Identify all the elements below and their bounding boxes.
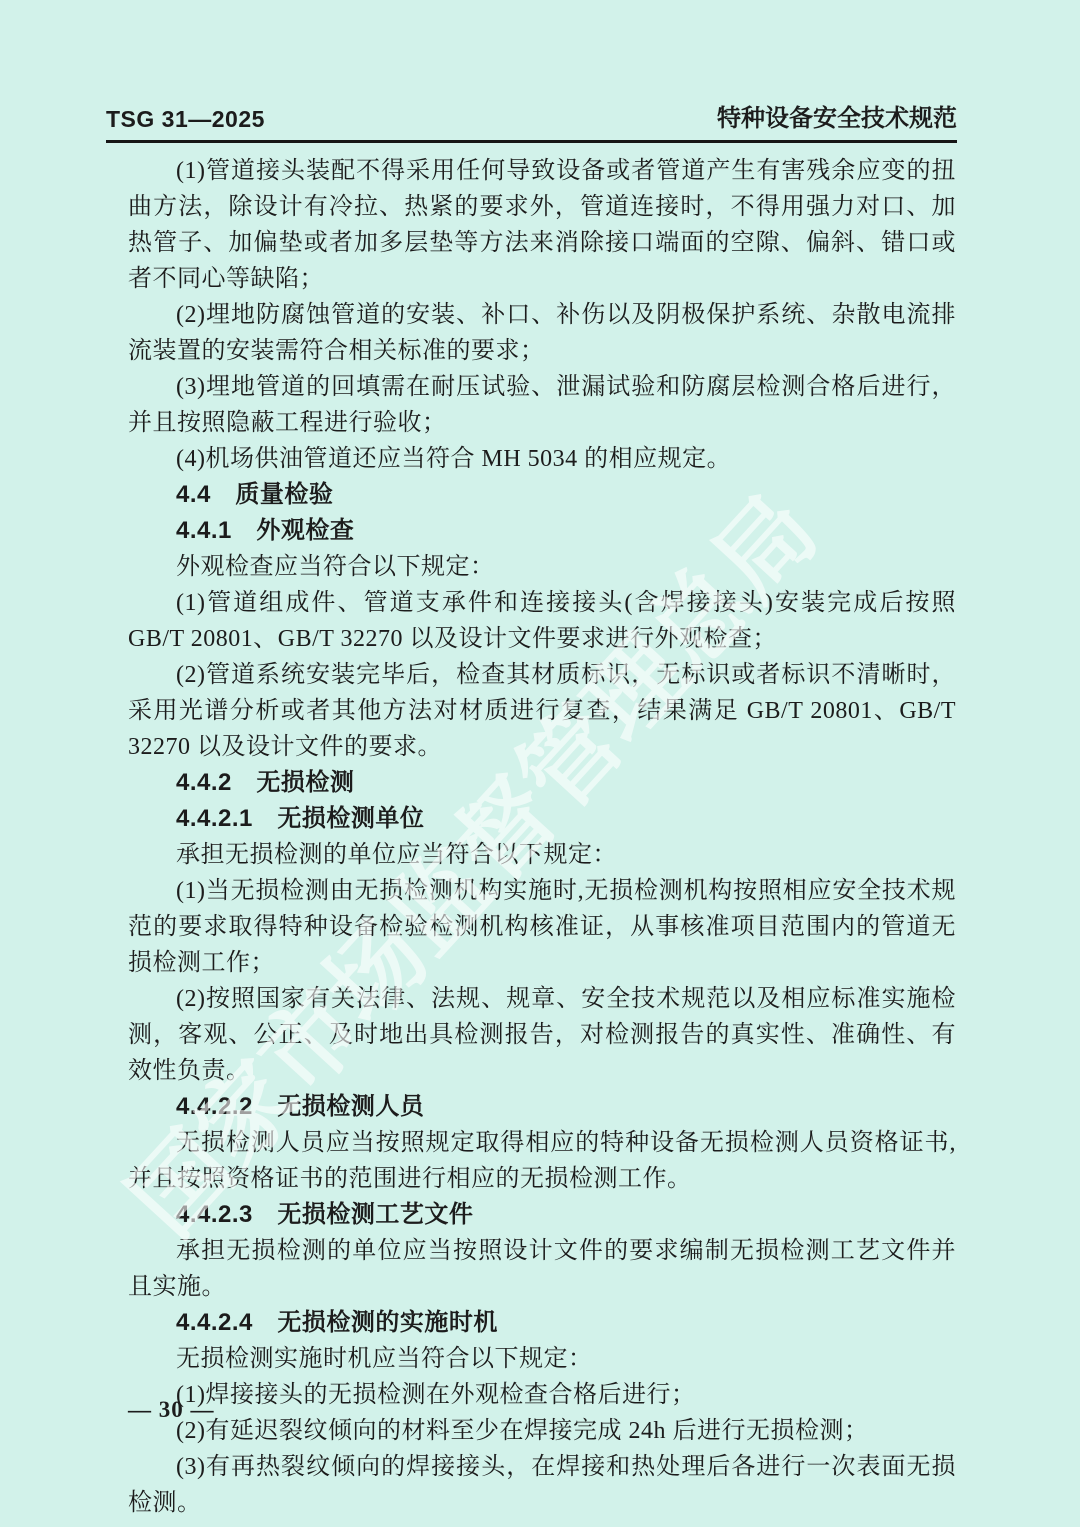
body-paragraph: (4)机场供油管道还应当符合 MH 5034 的相应规定。 — [128, 441, 956, 477]
doc-code: TSG 31—2025 — [106, 106, 265, 133]
body-paragraph: (3)埋地管道的回填需在耐压试验、泄漏试验和防腐层检测合格后进行，并且按照隐蔽工… — [128, 369, 956, 441]
section-heading: 4.4.2.1 无损检测单位 — [128, 801, 956, 837]
document-page: TSG 31—2025 特种设备安全技术规范 (1)管道接头装配不得采用任何导致… — [0, 0, 1080, 1527]
body-paragraph: (2)埋地防腐蚀管道的安装、补口、补伤以及阴极保护系统、杂散电流排流装置的安装需… — [128, 297, 956, 369]
body-paragraph: (2)按照国家有关法律、法规、规章、安全技术规范以及相应标准实施检测，客观、公正… — [128, 981, 956, 1089]
body-paragraph: (1)当无损检测由无损检测机构实施时,无损检测机构按照相应安全技术规范的要求取得… — [128, 873, 956, 981]
page-number: — 30 — — [128, 1397, 215, 1423]
section-heading: 4.4.2.3 无损检测工艺文件 — [128, 1197, 956, 1233]
document-body: (1)管道接头装配不得采用任何导致设备或者管道产生有害残余应变的扭曲方法，除设计… — [128, 153, 956, 1521]
body-paragraph: (1)管道接头装配不得采用任何导致设备或者管道产生有害残余应变的扭曲方法，除设计… — [128, 153, 956, 297]
body-paragraph: (3)有再热裂纹倾向的焊接接头，在焊接和热处理后各进行一次表面无损检测。 — [128, 1449, 956, 1521]
body-paragraph: 无损检测实施时机应当符合以下规定： — [128, 1341, 956, 1377]
section-heading: 4.4.2.2 无损检测人员 — [128, 1089, 956, 1125]
body-paragraph: 承担无损检测的单位应当符合以下规定： — [128, 837, 956, 873]
section-heading: 4.4.2 无损检测 — [128, 765, 956, 801]
section-heading: 4.4.1 外观检查 — [128, 513, 956, 549]
body-paragraph: (2)管道系统安装完毕后，检查其材质标识，无标识或者标识不清晰时，采用光谱分析或… — [128, 657, 956, 765]
body-paragraph: 承担无损检测的单位应当按照设计文件的要求编制无损检测工艺文件并且实施。 — [128, 1233, 956, 1305]
doc-title: 特种设备安全技术规范 — [717, 98, 957, 133]
section-heading: 4.4 质量检验 — [128, 477, 956, 513]
body-paragraph: 无损检测人员应当按照规定取得相应的特种设备无损检测人员资格证书,并且按照资格证书… — [128, 1125, 956, 1197]
body-paragraph: (1)焊接接头的无损检测在外观检查合格后进行； — [128, 1377, 956, 1413]
section-heading: 4.4.2.4 无损检测的实施时机 — [128, 1305, 956, 1341]
page-header: TSG 31—2025 特种设备安全技术规范 — [106, 98, 957, 143]
body-paragraph: 外观检查应当符合以下规定： — [128, 549, 956, 585]
body-paragraph: (1)管道组成件、管道支承件和连接接头(含焊接接头)安装完成后按照 GB/T 2… — [128, 585, 956, 657]
body-paragraph: (2)有延迟裂纹倾向的材料至少在焊接完成 24h 后进行无损检测； — [128, 1413, 956, 1449]
